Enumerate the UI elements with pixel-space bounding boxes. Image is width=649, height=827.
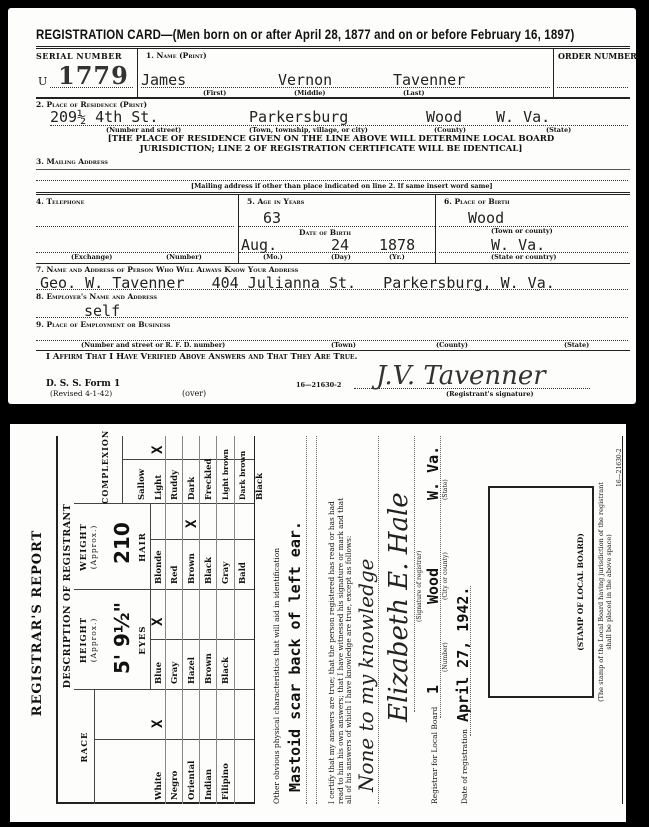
day-caption: (Day): [331, 253, 351, 261]
certify-line-3: all of his answers of which I have knowl…: [345, 498, 354, 804]
race-option-negro: Negro: [170, 771, 180, 800]
height-header-sub: (Approx.): [89, 590, 98, 690]
order-number-field: ORDER NUMBER: [553, 49, 630, 97]
print-code: 16—21630-2: [296, 381, 341, 389]
contact-person-field: 7. Name and Address of Person Who Will A…: [36, 264, 630, 290]
race-white-mark: X: [150, 720, 166, 728]
height-header-label: HEIGHT: [80, 590, 89, 690]
complexion-header: COMPLEXION: [100, 436, 110, 504]
residence-town-value: Parkersburg: [249, 108, 348, 126]
row-line-5: [234, 436, 235, 804]
telephone-field: 4. Telephone (Exchange) (Number): [36, 195, 238, 263]
other-dotted-line: [306, 436, 307, 804]
state-caption: (State): [546, 126, 571, 134]
month-caption: (Mo.): [263, 253, 283, 261]
employment-state-caption: (State): [564, 341, 589, 349]
complexion-option-dark: Dark: [187, 477, 197, 500]
order-number-label: ORDER NUMBER: [554, 49, 630, 61]
residence-county-value: Wood: [426, 108, 462, 126]
exchange-caption: (Exchange): [71, 253, 112, 261]
serial-number-value: 1779: [58, 61, 129, 90]
race-option-filipino: Filipino: [221, 763, 231, 800]
street-caption: (Number and street): [106, 126, 181, 134]
serial-number-field: SERIAL NUMBER U 1779: [36, 49, 138, 97]
row-line-4: [216, 436, 217, 804]
weight-header-sub: (Approx.): [89, 504, 98, 590]
hair-option-bald: Bald: [238, 562, 248, 584]
card-title-subtitle: (Men born on or after April 28, 1877 and…: [173, 26, 575, 42]
description-subtitle: DESCRIPTION OF REGISTRANT: [62, 496, 73, 696]
county-caption: (City or county): [442, 552, 449, 600]
birthplace-field: 6. Place of Birth Wood (Town or county) …: [436, 195, 630, 263]
complexion-option-black: Black: [255, 473, 265, 500]
eyes-option-blue: Blue: [154, 662, 164, 684]
serial-prefix: U: [38, 75, 47, 88]
stamp-note: (The stamp of the Local Board having jur…: [598, 442, 613, 742]
stamp-label: (STAMP OF LOCAL BOARD): [576, 486, 585, 698]
last-caption: (Last): [403, 89, 425, 97]
weight-header: WEIGHT (Approx.): [80, 504, 98, 590]
over-label: (over): [182, 389, 206, 398]
employment-county-caption: (County): [436, 341, 468, 349]
hair-brown-mark: X: [184, 520, 200, 528]
age-label: 5. Age in Years: [239, 195, 435, 206]
middle-caption: (Middle): [294, 89, 326, 97]
name-label: 1. Name (Print): [138, 49, 553, 60]
telephone-dotted-line-1: [36, 226, 234, 227]
hair-option-blonde: Blonde: [154, 550, 164, 584]
form-id: D. S. S. Form 1: [46, 379, 120, 389]
birthplace-town-value: Wood: [468, 209, 504, 227]
row-line-2: [182, 436, 183, 804]
title-rule: [56, 436, 58, 804]
header-row: SERIAL NUMBER U 1779 1. Name (Print) Jam…: [36, 49, 630, 99]
registrar-signature-caption: (Signature of registrar): [416, 551, 423, 622]
other-characteristics-value: Mastoid scar back of left ear.: [286, 521, 304, 792]
registration-date-label: Date of registration: [460, 729, 469, 804]
county-caption: (County): [434, 126, 466, 134]
mailing-caption: [Mailing address if other than place ind…: [191, 182, 493, 190]
height-col-divider: [74, 589, 254, 590]
mailing-address-field: [Mailing address if other than place ind…: [36, 170, 630, 192]
race-option-white: White: [154, 772, 164, 800]
signature-caption: (Registrant's signature): [446, 390, 534, 398]
employer-field: 8. Employer's Name and Address self: [36, 290, 630, 318]
telephone-dotted-line-2: [36, 252, 234, 253]
registration-card-back-wrapper: REGISTRAR'S REPORT DESCRIPTION OF REGIST…: [10, 424, 626, 822]
complexion-option-sallow: Sallow: [137, 469, 147, 500]
complexion-light-mark: X: [150, 446, 166, 454]
card-title-main: REGISTRATION CARD—: [36, 26, 173, 42]
employment-town-caption: (Town): [331, 341, 356, 349]
eyes-blue-mark: X: [150, 618, 166, 626]
exception-handwritten: None to my knowledge: [354, 558, 378, 792]
registration-card-front: REGISTRATION CARD—(Men born on or after …: [8, 8, 636, 404]
eyes-option-brown: Brown: [204, 653, 214, 684]
row-line-3: [199, 436, 200, 804]
registrars-report-title: REGISTRAR'S REPORT: [30, 424, 45, 822]
town-caption: (Town, township, village, or city): [249, 126, 368, 134]
age-value: 63: [263, 209, 281, 227]
complexion-option-light-brown: Light brown: [221, 449, 230, 500]
phone-age-birth-row: 4. Telephone (Exchange) (Number) 5. Age …: [36, 195, 630, 264]
race-header-rule: [94, 690, 95, 804]
height-value: 5' 9½": [110, 602, 134, 674]
birthplace-town-caption: (Town or county): [491, 227, 553, 235]
hair-option-gray: Gray: [221, 562, 231, 584]
employment-place-field: 9. Place of Employment or Business (Numb…: [36, 318, 630, 350]
eyes-option-black: Black: [221, 657, 231, 684]
name-dotted-line: [141, 87, 550, 88]
complexion-option-light: Light: [154, 475, 164, 500]
serial-number-label: SERIAL NUMBER: [36, 49, 137, 61]
contact-person-label: 7. Name and Address of Person Who Will A…: [36, 264, 630, 274]
residence-notice-line1: [THE PLACE OF RESIDENCE GIVEN ON THE LIN…: [76, 134, 586, 144]
residence-street-value: 209½ 4th St.: [50, 108, 158, 126]
eyes-option-hazel: Hazel: [187, 657, 197, 684]
hair-option-brown: Brown: [187, 553, 197, 584]
eyes-header: EYES: [138, 590, 148, 690]
state-caption: (State): [442, 479, 449, 500]
race-header: RACE: [80, 690, 90, 804]
other-characteristics-label: Other obvious physical characteristics t…: [272, 548, 281, 804]
eyes-header-rule: [150, 590, 151, 690]
residence-notice-line2: JURISDICTION; LINE 2 OF REGISTRATION CER…: [76, 144, 586, 154]
mailing-address-label: 3. Mailing Address: [36, 157, 108, 166]
residence-notice: [THE PLACE OF RESIDENCE GIVEN ON THE LIN…: [76, 134, 586, 154]
form-revised: (Revised 4-1-42): [50, 389, 112, 398]
exception-dotted-line: [378, 436, 379, 804]
complexion-option-ruddy: Ruddy: [170, 470, 180, 500]
hair-header-rule: [150, 504, 151, 590]
registrars-report-card: REGISTRAR'S REPORT DESCRIPTION OF REGIST…: [10, 424, 626, 822]
year-caption: (Yr.): [389, 253, 405, 261]
registrant-signature: J.V. Tavenner: [376, 361, 546, 391]
height-header: HEIGHT (Approx.): [80, 590, 98, 690]
order-dotted-line: [557, 87, 628, 88]
residence-field: 2. Place of Residence (Print) 209½ 4th S…: [36, 99, 630, 170]
race-option-oriental: Oriental: [187, 761, 197, 800]
date-dotted-line: [470, 586, 471, 736]
employer-label: 8. Employer's Name and Address: [36, 290, 630, 301]
weight-value: 210: [110, 522, 134, 564]
age-dotted-line: [239, 226, 435, 227]
serial-dotted-line: [50, 87, 133, 88]
signature-dotted-line: [354, 388, 590, 389]
back-bottom-rule: [622, 436, 623, 804]
complexion-option-dark-brown: Dark brown: [238, 451, 247, 500]
race-col-divider: [74, 689, 254, 690]
complexion-option-freckled: Freckled: [204, 459, 214, 500]
race-option-indian: Indian: [204, 769, 214, 800]
telephone-label: 4. Telephone: [36, 195, 238, 206]
weight-header-label: WEIGHT: [80, 504, 89, 590]
stamp-note-line-2: shall be placed in the above space): [606, 442, 614, 742]
local-board-label: Registrar for Local Board: [430, 707, 439, 804]
birthplace-label: 6. Place of Birth: [436, 195, 630, 206]
hair-option-black: Black: [204, 557, 214, 584]
age-field: 5. Age in Years 63 Date of Birth Aug. 24…: [238, 195, 436, 263]
mailing-dotted-line: [36, 180, 628, 181]
employment-place-label: 9. Place of Employment or Business: [36, 318, 630, 329]
certification-text: I certify that my answers are true; that…: [328, 498, 354, 804]
card-title: REGISTRATION CARD—(Men born on or after …: [36, 26, 523, 43]
registrar-signature-line: [414, 436, 415, 712]
other-dotted-line-2: [316, 436, 317, 804]
number-caption: (Number): [166, 253, 202, 261]
registrar-signature: Elizabeth E. Hale: [384, 492, 414, 722]
number-caption: (Number): [442, 642, 449, 672]
first-caption: (First): [203, 89, 226, 97]
complexion-header-rule: [122, 436, 123, 504]
residence-state-value: W. Va.: [496, 108, 550, 126]
hair-option-red: Red: [170, 566, 180, 584]
hair-header: HAIR: [138, 504, 148, 590]
employment-street-caption: (Number and street or R. F. D. number): [81, 341, 225, 349]
race-inner-divider: [94, 739, 254, 740]
local-board-dotted-line: [440, 436, 441, 718]
affirmation-block: I Affirm That I Have Verified Above Answ…: [36, 351, 630, 409]
eyes-option-gray: Gray: [170, 662, 180, 684]
name-field: 1. Name (Print) James Vernon Tavenner (F…: [138, 49, 553, 97]
birthplace-state-caption: (State or country): [491, 253, 556, 261]
